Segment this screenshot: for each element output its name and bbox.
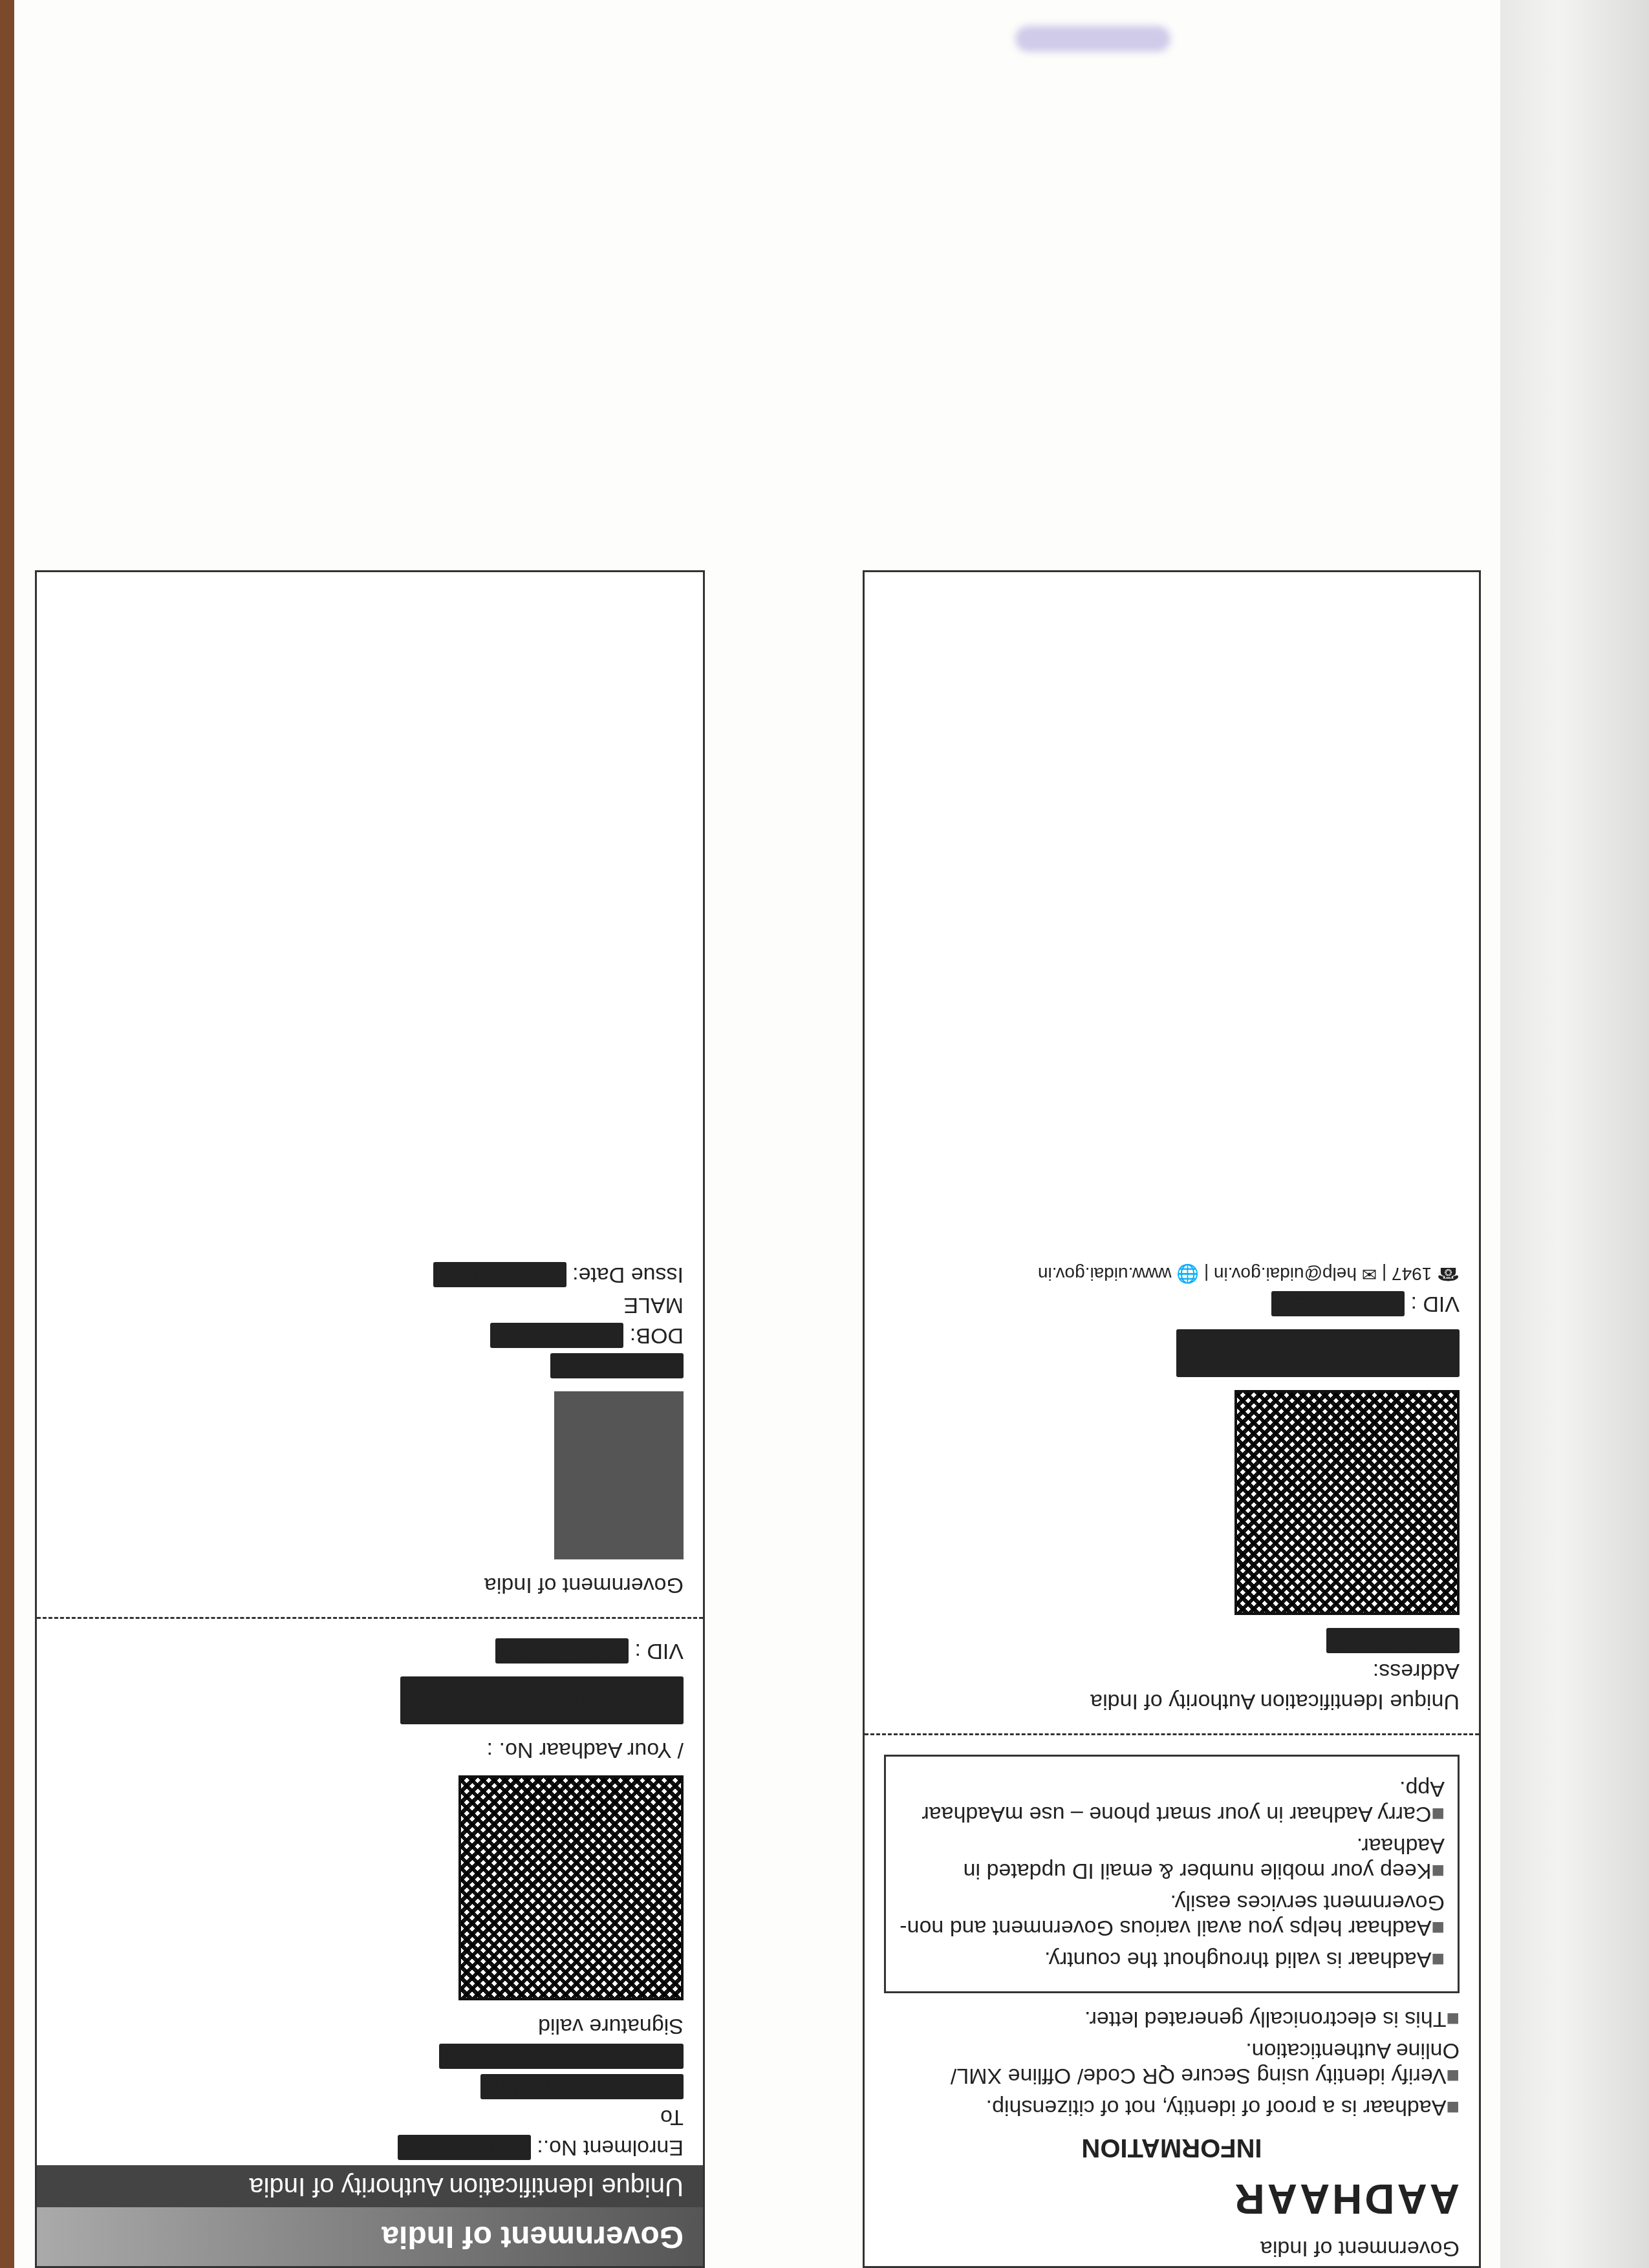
- cut-line: [865, 1733, 1479, 1735]
- photo-redacted: [554, 1391, 684, 1559]
- info-box: Aadhaar is valid throughout the country.…: [884, 1755, 1460, 1993]
- authority-banner: Unique Identification Authority of India: [37, 2165, 703, 2207]
- gov-banner: Government of India: [37, 2207, 703, 2266]
- qr-code: [458, 1775, 684, 2000]
- aadhaar-brand: AADHAAR: [884, 2175, 1460, 2223]
- address-line-1: [REDACTED NAME]: [56, 2074, 684, 2099]
- box-bullet: Aadhaar is valid throughout the country.: [899, 1947, 1445, 1972]
- info-bullet: Aadhaar is a proof of identity, not of c…: [884, 2095, 1460, 2120]
- aadhaar-number: [REDACTED]: [884, 1329, 1460, 1377]
- box-bullet: Aadhaar helps you avail various Governme…: [899, 1890, 1445, 1940]
- aadhaar-info-panel: Government of India AADHAAR INFORMATION …: [863, 570, 1481, 2268]
- mail-icon: ✉: [1362, 1264, 1377, 1284]
- your-no-label: / Your Aadhaar No. :: [56, 1737, 684, 1762]
- qr-code: [1234, 1390, 1460, 1615]
- card-gov: Government of India: [56, 1572, 684, 1598]
- card-gender: MALE: [56, 1292, 684, 1318]
- gov-title: Government of India: [884, 2236, 1460, 2261]
- info-heading: INFORMATION: [878, 2133, 1466, 2162]
- vid: VID : [REDACTED]: [56, 1638, 684, 1664]
- cut-line: [37, 1617, 703, 1619]
- enrolment: Enrolment No.: [REDACTED]: [56, 2135, 684, 2160]
- phone-icon: ☎: [1437, 1264, 1460, 1284]
- aadhaar-letter-panel: Government of India Unique Identificatio…: [35, 570, 705, 2268]
- rotated-document: Government of India Unique Identificatio…: [0, 0, 1649, 2268]
- issue-date: Issue Date: [REDACTED]: [56, 1262, 684, 1287]
- card-dob: DOB: [REDACTED]: [56, 1323, 684, 1348]
- box-bullet: Carry Aadhaar in your smart phone – use …: [899, 1776, 1445, 1826]
- address-line-2: [REDACTED ADDRESS]: [56, 2044, 684, 2069]
- address-label: Address:: [884, 1658, 1460, 1684]
- signature-label: Signature valid: [56, 2013, 684, 2038]
- footer: ☎ 1947 | ✉ help@uidai.gov.in | 🌐 www.uid…: [884, 1263, 1460, 1285]
- authority: Unique Identification Authority of India: [884, 1689, 1460, 1714]
- address-value: [REDACTED]: [884, 1628, 1460, 1653]
- to-label: To: [56, 2104, 684, 2130]
- card-name: [REDACTED]: [56, 1353, 684, 1378]
- vid: VID : [REDACTED]: [884, 1291, 1460, 1316]
- aadhaar-number: [REDACTED]: [56, 1676, 684, 1724]
- box-bullet: Keep your mobile number & email ID updat…: [899, 1833, 1445, 1883]
- info-bullet: This is electronically generated letter.: [884, 2006, 1460, 2031]
- globe-icon: 🌐: [1176, 1264, 1199, 1284]
- info-bullet: Verify identity using Secure QR Code/ Of…: [884, 2038, 1460, 2088]
